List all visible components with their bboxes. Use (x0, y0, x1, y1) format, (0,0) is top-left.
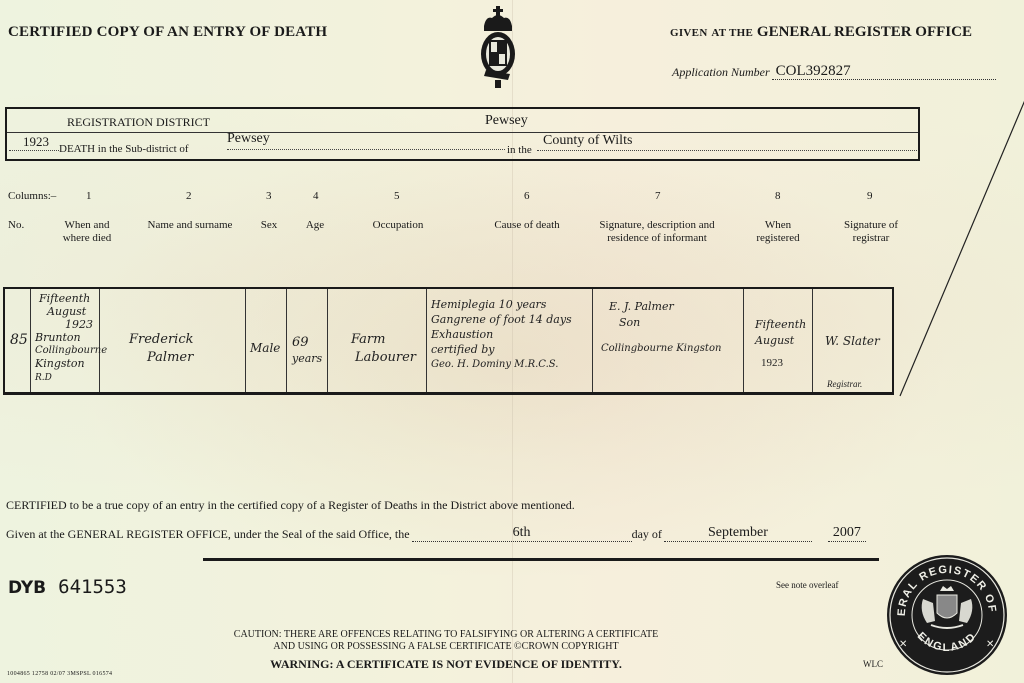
svg-text:✕: ✕ (986, 639, 994, 650)
certification-month: September (664, 525, 812, 542)
informant-details: E. J. Palmer Son Collingbourne Kingston (601, 299, 741, 357)
registration-district-box: REGISTRATION DISTRICT Pewsey 1923 DEATH … (5, 107, 920, 161)
column-header-informant: Signature, description and residence of … (592, 219, 722, 245)
svg-text:✕: ✕ (899, 639, 907, 650)
column-number-5: 5 (394, 190, 400, 202)
column-number-7: 7 (655, 190, 661, 202)
see-note-overleaf: See note overleaf (776, 580, 838, 590)
registrar-label: Registrar. (827, 377, 862, 391)
columns-label: Columns:– (8, 190, 56, 202)
certificate-serial: DYB 641553 (8, 576, 127, 598)
deceased-occupation: Farm Labourer (351, 331, 416, 367)
deceased-age: 69 years (292, 335, 322, 367)
column-header-age: Age (301, 219, 329, 232)
certification-day: 6th (412, 525, 632, 542)
column-number-9: 9 (867, 190, 873, 202)
column-number-2: 2 (186, 190, 192, 202)
registration-district-label: REGISTRATION DISTRICT (67, 115, 210, 130)
identity-warning: WARNING: A CERTIFICATE IS NOT EVIDENCE O… (196, 657, 696, 672)
column-header-no: No. (8, 219, 24, 232)
death-year: 1923 (9, 134, 59, 151)
column-header-cause: Cause of death (484, 219, 570, 232)
entry-number: 85 (10, 333, 28, 347)
registration-district-value: Pewsey (485, 113, 528, 129)
certification-given-line: Given at the GENERAL REGISTER OFFICE, un… (6, 525, 866, 542)
deceased-sex: Male (250, 341, 280, 355)
initials: WLC (863, 659, 883, 669)
column-header-sex: Sex (255, 219, 283, 232)
date-registered: Fifteenth August 1923 (755, 317, 806, 371)
column-number-6: 6 (524, 190, 530, 202)
print-codes: 1004865 12758 02/07 3MSPSL 016574 (7, 671, 112, 677)
application-number-label: Application Number (672, 65, 770, 80)
issuing-office-heading: GIVEN AT THE GENERAL REGISTER OFFICE (670, 24, 972, 41)
column-number-8: 8 (775, 190, 781, 202)
certification-statement: CERTIFIED to be a true copy of an entry … (6, 498, 575, 513)
general-register-office-seal-icon: GENERAL REGISTER OFFICE ENGLAND ✕ ✕ (885, 553, 1009, 677)
column-header-occupation: Occupation (360, 219, 436, 232)
certificate-title: CERTIFIED COPY OF AN ENTRY OF DEATH (8, 24, 327, 41)
column-header-registered: When registered (752, 219, 804, 245)
column-number-1: 1 (86, 190, 92, 202)
certification-year: 2007 (828, 525, 866, 542)
royal-crest-icon (478, 4, 518, 90)
column-header-name: Name and surname (135, 219, 245, 232)
caution-text: CAUTION: THERE ARE OFFENCES RELATING TO … (196, 629, 696, 653)
serial-number: 641553 (58, 576, 127, 598)
diagonal-cancel-line (880, 100, 1024, 400)
county-value: County of Wilts (537, 134, 917, 151)
in-the-label: in the (507, 144, 532, 156)
deceased-name: Frederick Palmer (129, 331, 193, 367)
registrar-signature: W. Slater (825, 334, 880, 348)
death-subdistrict-label: DEATH in the Sub-district of (59, 143, 189, 155)
death-entry-row: 85 Fifteenth August 1923 Brunton Colling… (3, 287, 894, 395)
application-number-value: COL392827 (772, 63, 996, 80)
column-number-4: 4 (313, 190, 319, 202)
office-name: GENERAL REGISTER OFFICE (757, 24, 972, 40)
cause-of-death: Hemiplegia 10 years Gangrene of foot 14 … (431, 297, 572, 372)
column-header-when-where: When and where died (55, 219, 119, 245)
application-number-field: Application Number COL392827 (672, 60, 996, 80)
when-where-died: Fifteenth August 1923 Brunton Collingbou… (35, 292, 99, 385)
subdistrict-value: Pewsey (227, 132, 505, 150)
serial-prefix: DYB (8, 578, 46, 598)
divider-rule (203, 558, 879, 561)
column-number-3: 3 (266, 190, 272, 202)
